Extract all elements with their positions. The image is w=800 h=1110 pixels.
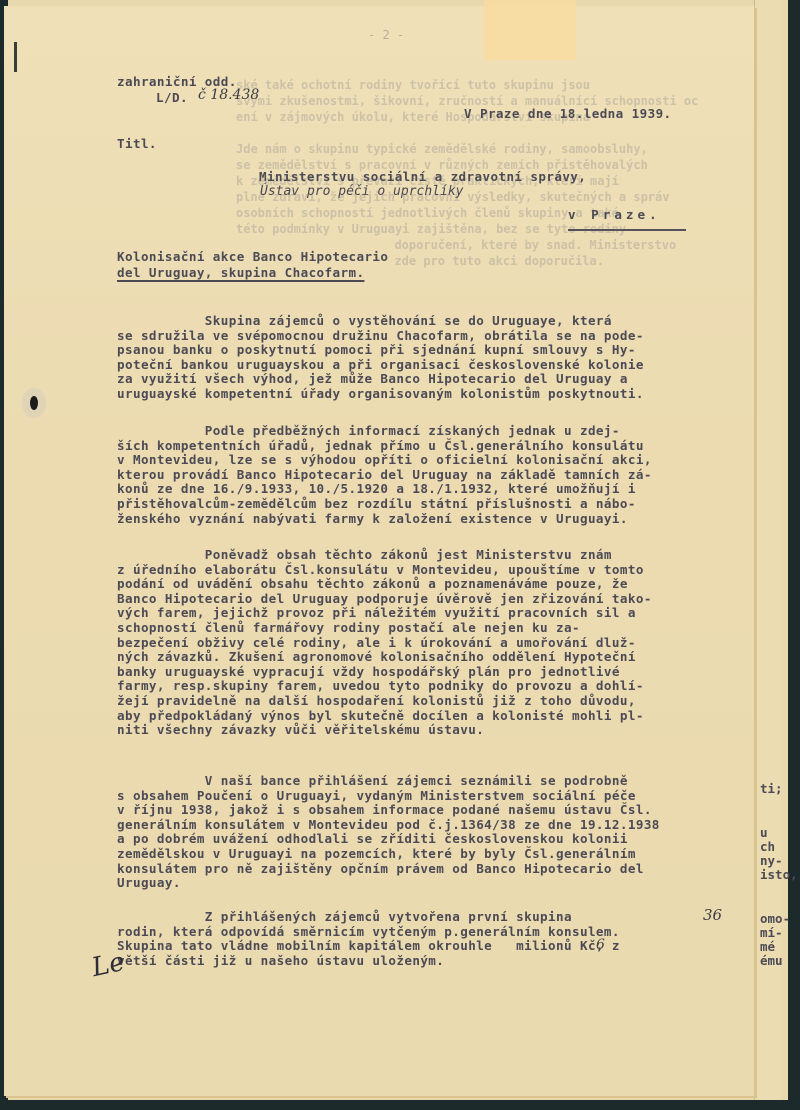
punch-hole-icon [30, 396, 38, 410]
salutation: Titl. [117, 137, 157, 152]
staple-icon [14, 42, 17, 72]
paragraph-line: Uruguay. [117, 876, 660, 891]
paragraph-line: Z přihlášených zájemců vytvořena první s… [117, 910, 620, 925]
bleed-through-text-10: doporučení, které by snad. Ministerstvo [380, 238, 676, 252]
recipient-ministry: Ministerstvu sociální a zdravotní správy… [259, 170, 586, 185]
bleed-through-text-8: osobních schopností jednotlivých členů s… [236, 206, 619, 220]
paragraph-line: banky uruguayské vypracují vždy hospodář… [117, 665, 652, 680]
paragraph-line: přistěhovalcům-zemědělcům bez rozdílu st… [117, 497, 652, 512]
margin-fragment: ti; [760, 782, 783, 797]
city-underline [568, 229, 686, 231]
paragraph-line: Poněvadž obsah těchto zákonů jest Minist… [117, 548, 652, 563]
paragraph-line: Podle předběžných informací získaných je… [117, 424, 652, 439]
paragraph-line: vých farem, jejichž provoz při náležitém… [117, 606, 652, 621]
paragraph-line: psanou banku o poskytnutí pomoci při sje… [117, 343, 644, 358]
paragraph-line: V naší bance přihlášení zájemci seznámil… [117, 774, 660, 789]
page-number: - 2 - [368, 28, 404, 42]
paragraph-line: v říjnu 1938, jakož i s obsahem informac… [117, 803, 660, 818]
paragraph-1: Skupina zájemců o vystěhování se do Urug… [117, 314, 644, 402]
paragraph-line: bezpečení obživy celé rodiny, ale i k úr… [117, 636, 652, 651]
paragraph-line: generálním konsulátem v Montevideu pod č… [117, 818, 660, 833]
paragraph-line: uruguayské kompetentní úřady organisovan… [117, 387, 644, 402]
paragraph-line: schopností členů farmářovy rodiny postač… [117, 621, 652, 636]
paragraph-line: se sdružila ve svépomocnou družinu Chaco… [117, 329, 644, 344]
subject-line-1: Kolonisační akce Banco Hipotecario [117, 250, 388, 265]
paragraph-line: kterou provádí Banco Hipotecario del Uru… [117, 468, 652, 483]
paragraph-line: konů ze dne 16./9.1933, 10./5.1920 a 18.… [117, 482, 652, 497]
paragraph-line: žejí pravidelně na další hospodaření kol… [117, 694, 652, 709]
bleed-through-text-11: zde pro tuto akci doporučila. [380, 254, 604, 268]
sender-reference: L/D. [156, 91, 188, 106]
margin-fragment: ému [760, 954, 783, 969]
paragraph-2: Podle předběžných informací získaných je… [117, 424, 652, 526]
subject-line-2: del Uruguay, skupina Chacofarm. [117, 266, 364, 281]
paragraph-line: Skupina zájemců o vystěhování se do Urug… [117, 314, 644, 329]
paragraph-line: z úředního elaborátu Čsl.konsulátu v Mon… [117, 563, 652, 578]
paragraph-3: Poněvadž obsah těchto zákonů jest Minist… [117, 548, 652, 738]
recipient-institute: Ústav pro péči o uprchlíky [260, 184, 464, 199]
paragraph-line: v Montevideu, lze se s výhodou opříti o … [117, 453, 652, 468]
paragraph-line: větší části již u našeho ústavu uloženým… [117, 954, 620, 969]
paragraph-line: rodin, která odpovídá směrnicím vytčeným… [117, 925, 620, 940]
paragraph-line: ných závazků. Zkušení agronomové kolonis… [117, 650, 652, 665]
bleed-through-text-1: ské také ochotní rodiny tvořící tuto sku… [236, 78, 590, 92]
handwritten-reference-number: č 18.438 [198, 87, 259, 103]
paragraph-line: konsulátem pro ně zajištěny opčním práve… [117, 862, 660, 877]
paragraph-line: a po dobrém uvážení odhodlali se zříditi… [117, 832, 660, 847]
paragraph-line: Skupina tato vládne mobilním kapitálem o… [117, 939, 620, 954]
paragraph-line: podání od uvádění obsahu těchto zákonů a… [117, 577, 652, 592]
handwritten-families-count: 36 [703, 906, 722, 924]
paragraph-line: s obsahem Poučení o Uruguayi, vydaným Mi… [117, 789, 660, 804]
paragraph-line: ších kompetentních úřadů, jednak přímo u… [117, 439, 652, 454]
paragraph-line: poteční bankou uruguayskou a při organis… [117, 358, 644, 373]
bleed-through-text-4: Jde nám o skupinu typické zemědělské rod… [236, 142, 648, 156]
paragraph-line: ženského vyznání nabývati farmy k založe… [117, 512, 652, 527]
paragraph-line: niti všechny závazky vůči věřitelskému ú… [117, 723, 652, 738]
paragraph-line: farmy, resp.skupiny farem, uvedou tyto p… [117, 679, 652, 694]
paragraph-5: Z přihlášených zájemců vytvořena první s… [117, 910, 620, 968]
paragraph-line: Banco Hipotecario del Uruguay podporuje … [117, 592, 652, 607]
paragraph-line: zemědělskou v Uruguayi na pozemcích, kte… [117, 847, 660, 862]
adhesive-tape [484, 0, 576, 60]
margin-fragment: isto, [760, 868, 798, 883]
recipient-city: v Praze. [568, 208, 661, 223]
handwritten-capital-millions: 6 [596, 937, 605, 953]
place-and-date: V Praze dne 18.ledna 1939. [464, 107, 672, 122]
paragraph-line: za využití všech výhod, jež může Banco H… [117, 372, 644, 387]
paragraph-line: aby předpokládaný výnos byl skutečně doc… [117, 709, 652, 724]
paragraph-4: V naší bance přihlášení zájemci seznámil… [117, 774, 660, 891]
